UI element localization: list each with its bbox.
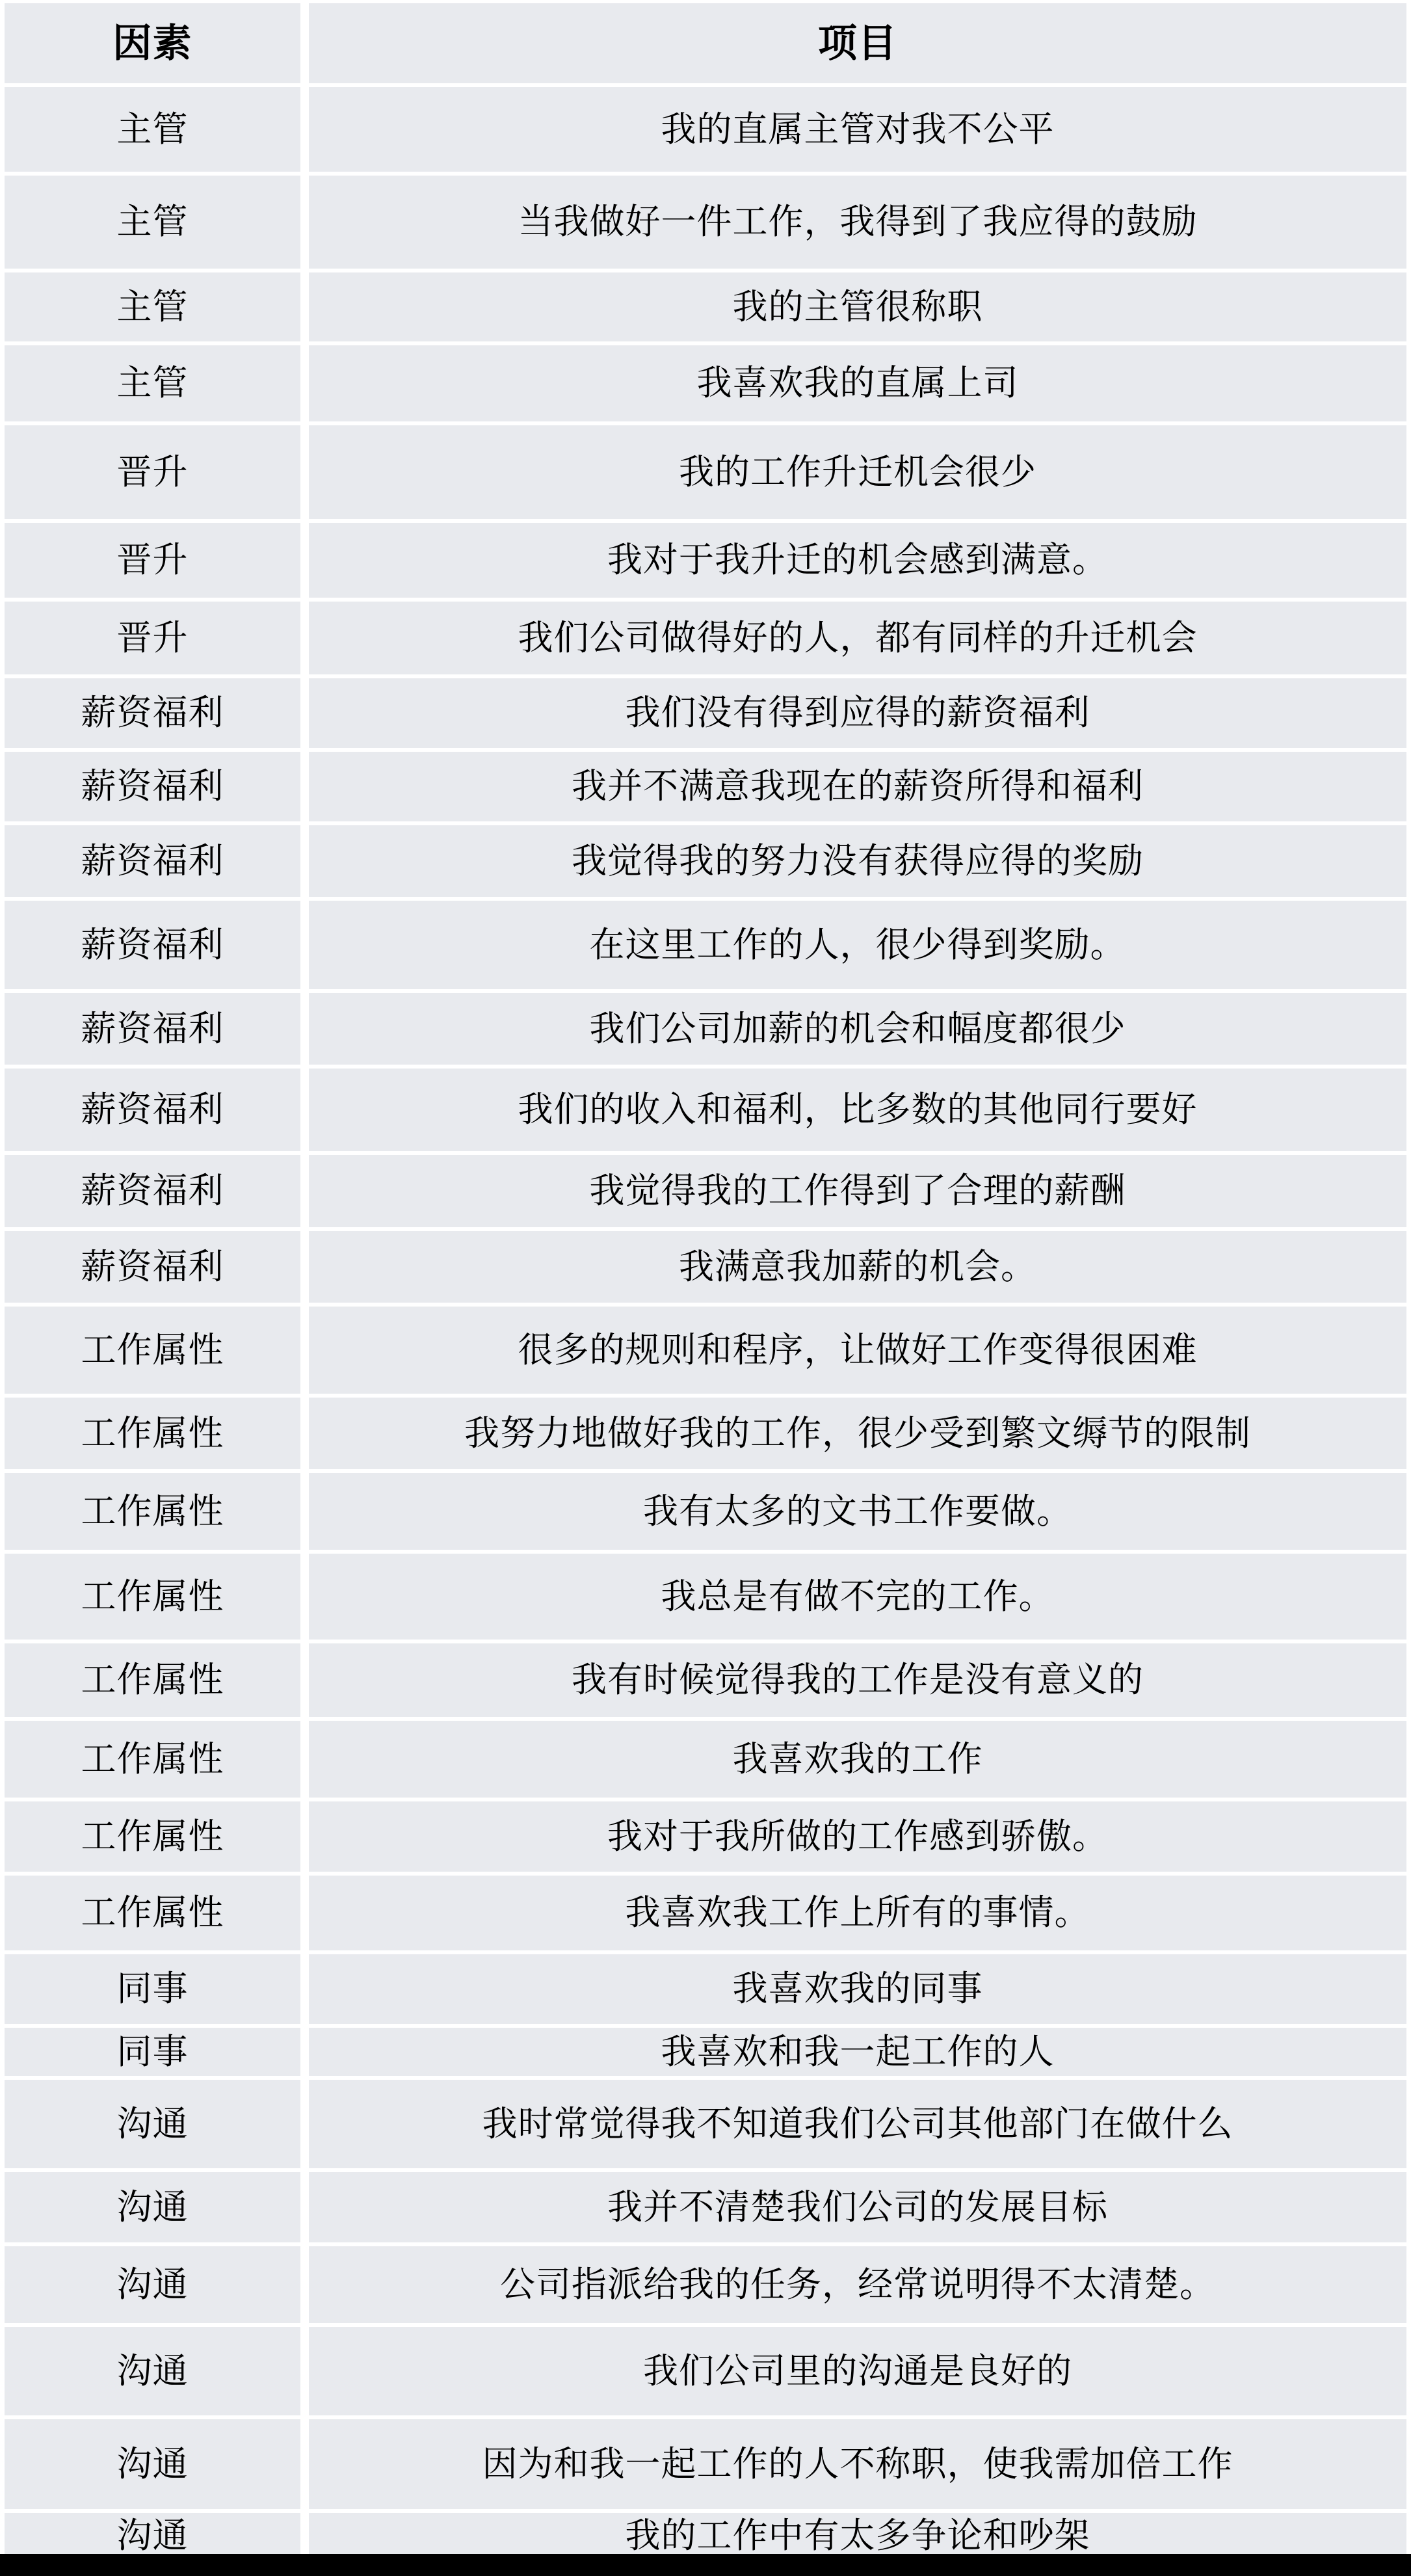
item-cell: 在这里工作的人，很少得到奖励。 [309, 901, 1406, 989]
factor-cell: 薪资福利 [5, 1155, 300, 1227]
item-cell: 很多的规则和程序，让做好工作变得很困难 [309, 1307, 1406, 1394]
factor-cell: 薪资福利 [5, 993, 300, 1065]
factor-cell: 沟通 [5, 2246, 300, 2323]
factor-cell: 工作属性 [5, 1473, 300, 1550]
item-cell: 我们公司加薪的机会和幅度都很少 [309, 993, 1406, 1065]
table-row: 薪资福利 我满意我加薪的机会。 [5, 1231, 1406, 1303]
factor-cell: 同事 [5, 1954, 300, 2024]
table-row: 工作属性 我努力地做好我的工作，很少受到繁文缛节的限制 [5, 1398, 1406, 1469]
table-row: 工作属性 我对于我所做的工作感到骄傲。 [5, 1801, 1406, 1872]
table-row: 工作属性 我有时候觉得我的工作是没有意义的 [5, 1643, 1406, 1717]
item-cell: 我觉得我的工作得到了合理的薪酬 [309, 1155, 1406, 1227]
factor-cell: 沟通 [5, 2419, 300, 2509]
factor-cell: 薪资福利 [5, 1231, 300, 1303]
bottom-black-bar [0, 2554, 1411, 2576]
table-row: 沟通 我们公司里的沟通是良好的 [5, 2327, 1406, 2415]
item-cell: 我的主管很称职 [309, 272, 1406, 341]
table-row: 工作属性 我总是有做不完的工作。 [5, 1554, 1406, 1640]
item-cell: 我的直属主管对我不公平 [309, 87, 1406, 172]
item-cell: 我喜欢和我一起工作的人 [309, 2028, 1406, 2076]
item-cell: 我并不清楚我们公司的发展目标 [309, 2172, 1406, 2242]
column-header-factor: 因素 [5, 3, 300, 83]
table-row: 薪资福利 我并不满意我现在的薪资所得和福利 [5, 752, 1406, 821]
table-row: 薪资福利 我们的收入和福利，比多数的其他同行要好 [5, 1069, 1406, 1151]
item-cell: 我们的收入和福利，比多数的其他同行要好 [309, 1069, 1406, 1151]
item-cell: 我们没有得到应得的薪资福利 [309, 678, 1406, 748]
table-row: 主管 我喜欢我的直属上司 [5, 345, 1406, 421]
item-cell: 当我做好一件工作，我得到了我应得的鼓励 [309, 176, 1406, 269]
factor-cell: 工作属性 [5, 1554, 300, 1640]
factor-cell: 工作属性 [5, 1801, 300, 1872]
table-row: 晋升 我们公司做得好的人，都有同样的升迁机会 [5, 602, 1406, 674]
item-cell: 我努力地做好我的工作，很少受到繁文缛节的限制 [309, 1398, 1406, 1469]
item-cell: 我的工作中有太多争论和吵架 [309, 2513, 1406, 2554]
table-row: 工作属性 很多的规则和程序，让做好工作变得很困难 [5, 1307, 1406, 1394]
item-cell: 我喜欢我工作上所有的事情。 [309, 1876, 1406, 1950]
item-cell: 公司指派给我的任务，经常说明得不太清楚。 [309, 2246, 1406, 2323]
factor-cell: 主管 [5, 345, 300, 421]
factor-cell: 沟通 [5, 2513, 300, 2554]
factor-cell: 主管 [5, 176, 300, 269]
factor-cell: 薪资福利 [5, 678, 300, 748]
item-cell: 我喜欢我的直属上司 [309, 345, 1406, 421]
factor-cell: 薪资福利 [5, 901, 300, 989]
table-row: 沟通 我并不清楚我们公司的发展目标 [5, 2172, 1406, 2242]
table-row: 工作属性 我喜欢我工作上所有的事情。 [5, 1876, 1406, 1950]
factor-cell: 晋升 [5, 425, 300, 519]
item-cell: 我对于我升迁的机会感到满意。 [309, 523, 1406, 598]
table-row: 工作属性 我喜欢我的工作 [5, 1721, 1406, 1798]
table-row: 主管 我的主管很称职 [5, 272, 1406, 341]
table-row: 薪资福利 我觉得我的工作得到了合理的薪酬 [5, 1155, 1406, 1227]
factor-cell: 工作属性 [5, 1721, 300, 1798]
factor-cell: 沟通 [5, 2080, 300, 2168]
factor-cell: 沟通 [5, 2327, 300, 2415]
item-cell: 我喜欢我的工作 [309, 1721, 1406, 1798]
item-cell: 我喜欢我的同事 [309, 1954, 1406, 2024]
table-row: 沟通 因为和我一起工作的人不称职，使我需加倍工作 [5, 2419, 1406, 2509]
item-cell: 我有时候觉得我的工作是没有意义的 [309, 1643, 1406, 1717]
table-row: 薪资福利 在这里工作的人，很少得到奖励。 [5, 901, 1406, 989]
factor-cell: 同事 [5, 2028, 300, 2076]
factor-cell: 工作属性 [5, 1398, 300, 1469]
item-cell: 我并不满意我现在的薪资所得和福利 [309, 752, 1406, 821]
item-cell: 我觉得我的努力没有获得应得的奖励 [309, 825, 1406, 897]
page: 因素 项目 主管 我的直属主管对我不公平 主管 当我做好一件工作，我得到了我应得… [0, 0, 1411, 2576]
table-row: 主管 我的直属主管对我不公平 [5, 87, 1406, 172]
column-header-item: 项目 [309, 3, 1406, 83]
item-cell: 我总是有做不完的工作。 [309, 1554, 1406, 1640]
factor-item-table: 因素 项目 主管 我的直属主管对我不公平 主管 当我做好一件工作，我得到了我应得… [0, 0, 1411, 2554]
item-cell: 我的工作升迁机会很少 [309, 425, 1406, 519]
item-cell: 我时常觉得我不知道我们公司其他部门在做什么 [309, 2080, 1406, 2168]
table-row: 晋升 我对于我升迁的机会感到满意。 [5, 523, 1406, 598]
item-cell: 我对于我所做的工作感到骄傲。 [309, 1801, 1406, 1872]
item-cell: 我们公司做得好的人，都有同样的升迁机会 [309, 602, 1406, 674]
table-row: 沟通 我的工作中有太多争论和吵架 [5, 2513, 1406, 2554]
factor-cell: 薪资福利 [5, 752, 300, 821]
table-row: 薪资福利 我们公司加薪的机会和幅度都很少 [5, 993, 1406, 1065]
table-row: 同事 我喜欢我的同事 [5, 1954, 1406, 2024]
table-header-row: 因素 项目 [5, 3, 1406, 83]
table-row: 同事 我喜欢和我一起工作的人 [5, 2028, 1406, 2076]
table-row: 薪资福利 我觉得我的努力没有获得应得的奖励 [5, 825, 1406, 897]
factor-cell: 薪资福利 [5, 825, 300, 897]
factor-cell: 薪资福利 [5, 1069, 300, 1151]
table-row: 工作属性 我有太多的文书工作要做。 [5, 1473, 1406, 1550]
table-row: 薪资福利 我们没有得到应得的薪资福利 [5, 678, 1406, 748]
item-cell: 我们公司里的沟通是良好的 [309, 2327, 1406, 2415]
factor-cell: 主管 [5, 87, 300, 172]
item-cell: 我有太多的文书工作要做。 [309, 1473, 1406, 1550]
item-cell: 因为和我一起工作的人不称职，使我需加倍工作 [309, 2419, 1406, 2509]
table-row: 沟通 公司指派给我的任务，经常说明得不太清楚。 [5, 2246, 1406, 2323]
table-row: 主管 当我做好一件工作，我得到了我应得的鼓励 [5, 176, 1406, 269]
factor-cell: 主管 [5, 272, 300, 341]
table-row: 晋升 我的工作升迁机会很少 [5, 425, 1406, 519]
factor-cell: 晋升 [5, 602, 300, 674]
item-cell: 我满意我加薪的机会。 [309, 1231, 1406, 1303]
factor-cell: 工作属性 [5, 1643, 300, 1717]
factor-cell: 工作属性 [5, 1876, 300, 1950]
factor-cell: 沟通 [5, 2172, 300, 2242]
factor-cell: 晋升 [5, 523, 300, 598]
table-row: 沟通 我时常觉得我不知道我们公司其他部门在做什么 [5, 2080, 1406, 2168]
factor-cell: 工作属性 [5, 1307, 300, 1394]
